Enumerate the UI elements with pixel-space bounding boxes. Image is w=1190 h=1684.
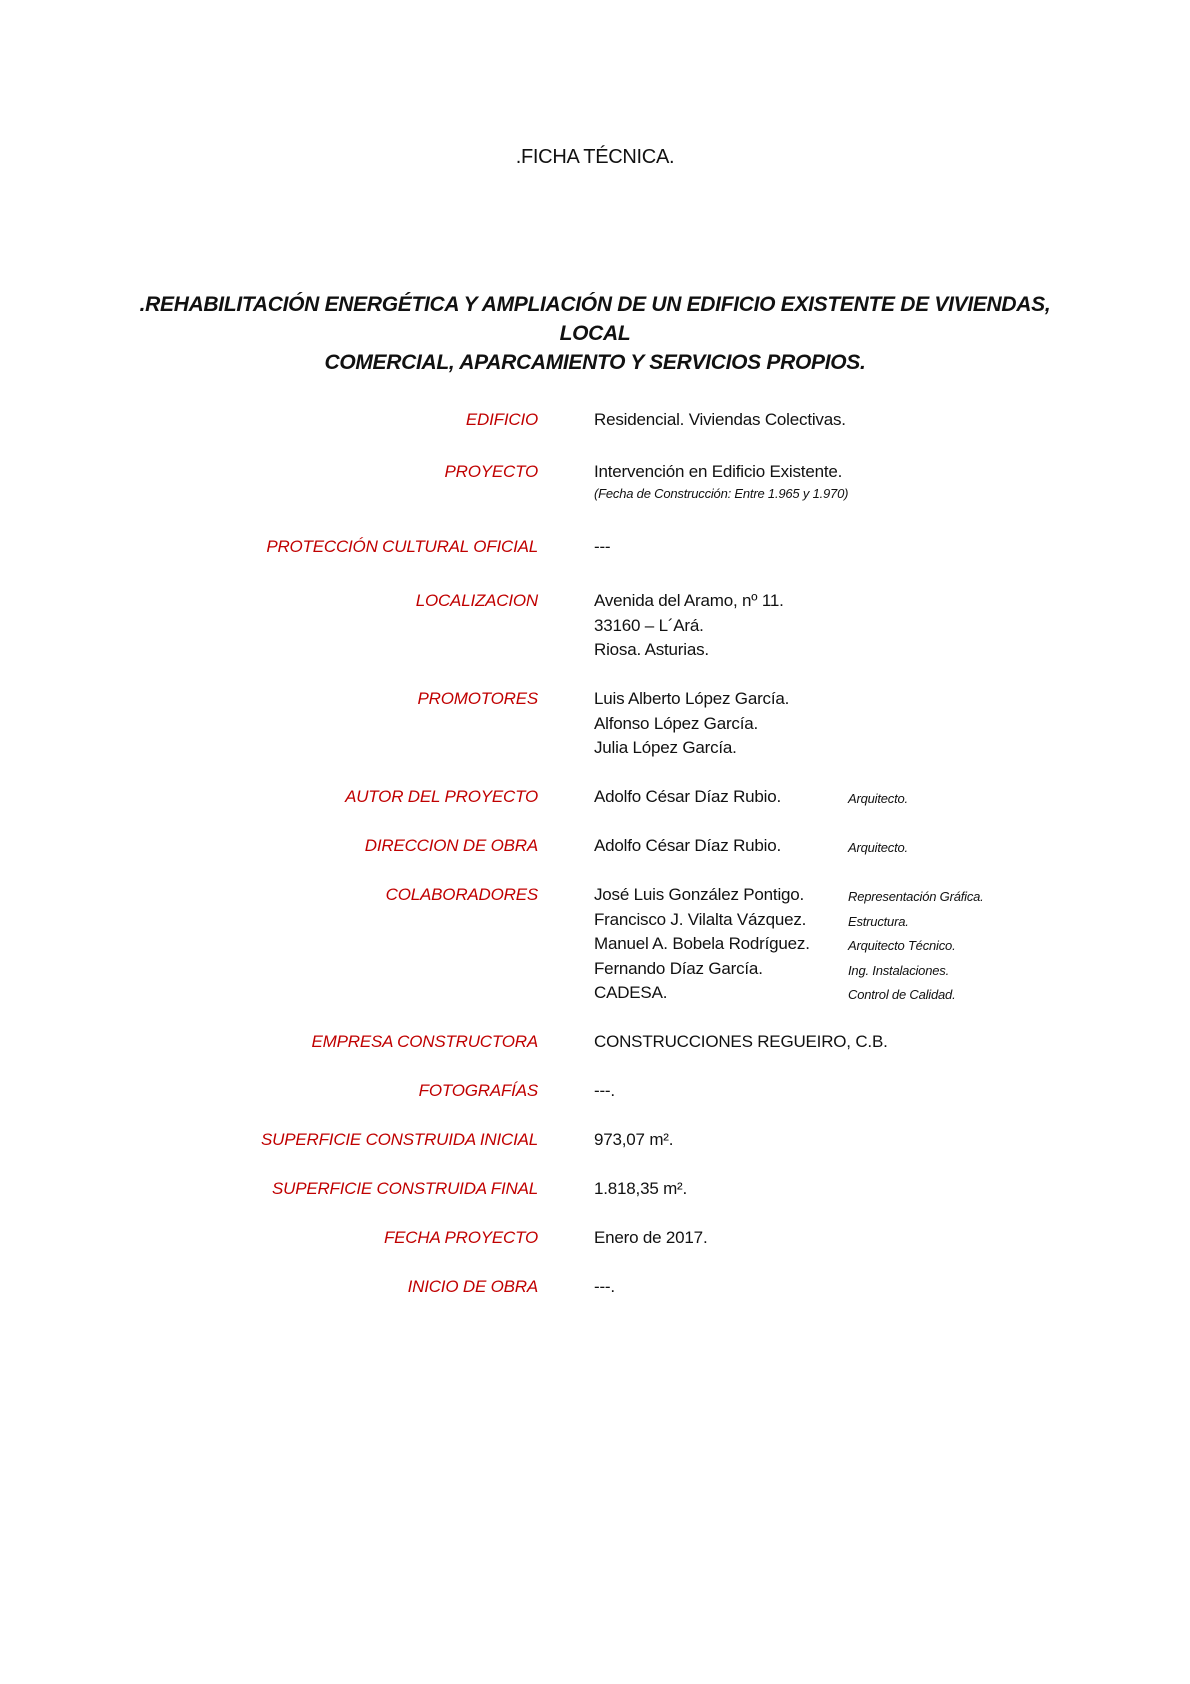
field-value: 1.818,35 m². bbox=[594, 1177, 687, 1202]
person-name: CADESA. bbox=[594, 983, 667, 1002]
project-title-line-1: .REHABILITACIÓN ENERGÉTICA Y AMPLIACIÓN … bbox=[110, 290, 1080, 348]
person-name: Fernando Díaz García. bbox=[594, 959, 763, 978]
person-role: Arquitecto. bbox=[848, 787, 908, 812]
person-name: José Luis González Pontigo. bbox=[594, 885, 804, 904]
field-value: --- bbox=[594, 535, 610, 560]
field-value: Avenida del Aramo, nº 11. bbox=[594, 589, 784, 614]
person-role: Estructura. bbox=[848, 910, 909, 935]
field-label: INICIO DE OBRA bbox=[408, 1275, 538, 1299]
field-label: FECHA PROYECTO bbox=[384, 1226, 538, 1250]
person-role: Arquitecto Técnico. bbox=[848, 934, 955, 959]
field-value: Riosa. Asturias. bbox=[594, 638, 784, 663]
field-label: AUTOR DEL PROYECTO bbox=[345, 785, 538, 809]
field-label: SUPERFICIE CONSTRUIDA INICIAL bbox=[261, 1128, 538, 1152]
field-value: 33160 – L´Ará. bbox=[594, 614, 784, 639]
field-value: ---. bbox=[594, 1079, 615, 1104]
field-value: Intervención en Edificio Existente. bbox=[594, 460, 848, 485]
project-title-line-2: COMERCIAL, APARCAMIENTO Y SERVICIOS PROP… bbox=[110, 348, 1080, 377]
field-value: Julia López García. bbox=[594, 736, 789, 761]
project-title: .REHABILITACIÓN ENERGÉTICA Y AMPLIACIÓN … bbox=[110, 290, 1080, 377]
field-label: EMPRESA CONSTRUCTORA bbox=[312, 1030, 538, 1054]
field-label: PROYECTO bbox=[445, 460, 539, 484]
field-label: SUPERFICIE CONSTRUIDA FINAL bbox=[272, 1177, 538, 1201]
field-label: EDIFICIO bbox=[466, 408, 538, 432]
person-role: Representación Gráfica. bbox=[848, 885, 984, 910]
field-label: DIRECCION DE OBRA bbox=[365, 834, 538, 858]
person-name: Francisco J. Vilalta Vázquez. bbox=[594, 910, 806, 929]
field-label: PROMOTORES bbox=[418, 687, 538, 711]
person-name: Adolfo César Díaz Rubio. bbox=[594, 787, 781, 806]
field-value: 973,07 m². bbox=[594, 1128, 673, 1153]
field-label: LOCALIZACION bbox=[416, 589, 538, 613]
field-label: COLABORADORES bbox=[386, 883, 538, 907]
field-value: ---. bbox=[594, 1275, 615, 1300]
person-name: Adolfo César Díaz Rubio. bbox=[594, 836, 781, 855]
field-value: Luis Alberto López García. bbox=[594, 687, 789, 712]
field-value: Enero de 2017. bbox=[594, 1226, 707, 1251]
field-note: (Fecha de Construcción: Entre 1.965 y 1.… bbox=[594, 485, 848, 503]
field-label: FOTOGRAFÍAS bbox=[419, 1079, 538, 1103]
field-value: Alfonso López García. bbox=[594, 712, 789, 737]
person-role: Control de Calidad. bbox=[848, 983, 956, 1008]
person-name: Manuel A. Bobela Rodríguez. bbox=[594, 934, 810, 953]
person-role: Ing. Instalaciones. bbox=[848, 959, 949, 984]
person-role: Arquitecto. bbox=[848, 836, 908, 861]
field-label: PROTECCIÓN CULTURAL OFICIAL bbox=[266, 535, 538, 559]
page-title: .FICHA TÉCNICA. bbox=[0, 146, 1190, 169]
field-value: Residencial. Viviendas Colectivas. bbox=[594, 408, 846, 433]
field-value: CONSTRUCCIONES REGUEIRO, C.B. bbox=[594, 1030, 888, 1055]
